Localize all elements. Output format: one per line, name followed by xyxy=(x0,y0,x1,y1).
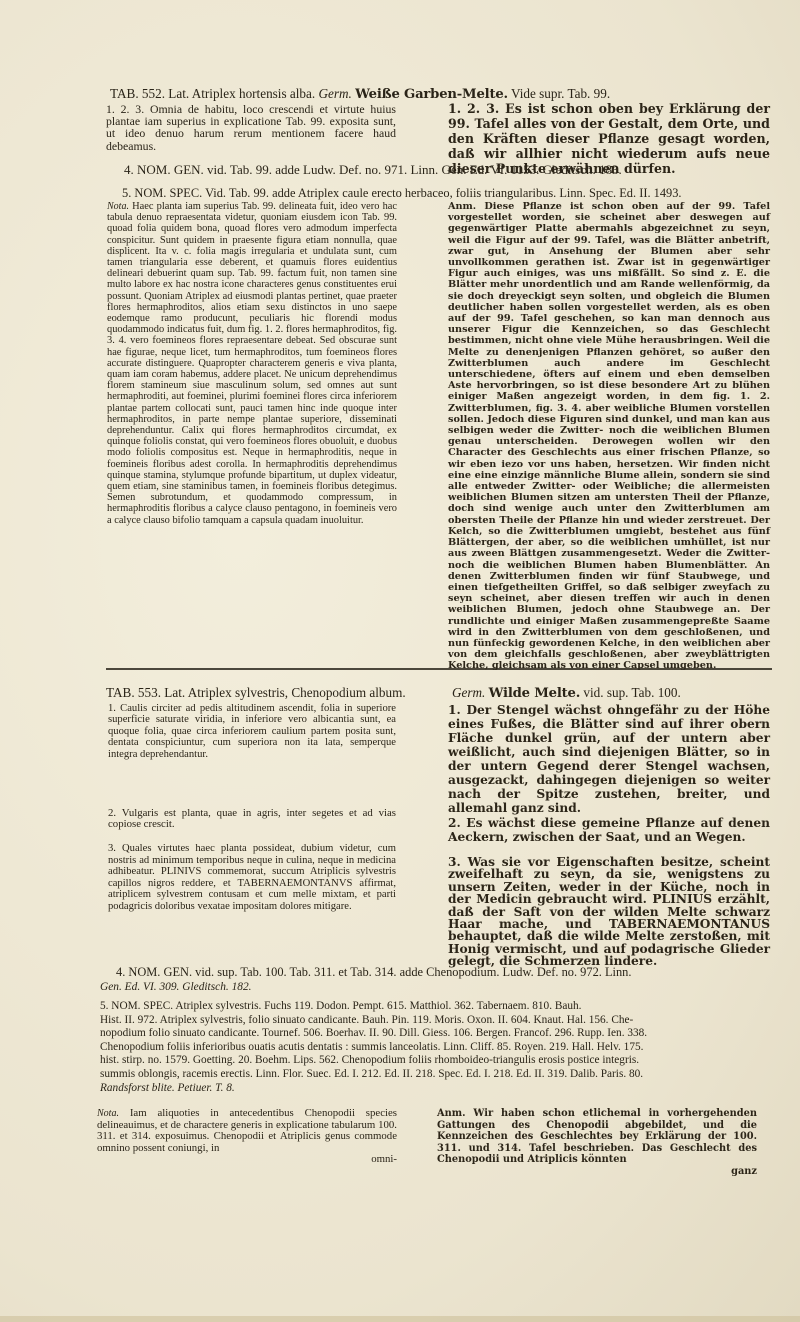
tab553-german-title: Wilde Melte. xyxy=(489,686,580,701)
anm-text: Diese Pflanze ist schon oben auf der 99.… xyxy=(448,201,770,671)
tab553-german-p2: 2. Es wächst diese gemeine Pflanze auf d… xyxy=(448,816,770,844)
tab552-ref: Vide supr. Tab. 99. xyxy=(511,86,610,101)
tab553-nota-latin: Nota. Iam aliquoties in antecedentibus C… xyxy=(97,1108,397,1166)
nom-spec-line: Chenopodium foliis inferioribus ouatis a… xyxy=(100,1041,772,1055)
tab553-ref: vid. sup. Tab. 100. xyxy=(583,685,680,700)
catchword-german: ganz xyxy=(437,1166,757,1178)
nota-label: Nota. xyxy=(107,201,129,212)
tab552-germ-label: Germ. xyxy=(318,86,351,101)
nota-label: Nota. xyxy=(97,1108,119,1119)
tab552-nom-spec: 5. NOM. SPEC. Vid. Tab. 99. adde Atriple… xyxy=(122,186,682,201)
tab553-latin-p2: 2. Vulgaris est planta, quae in agris, i… xyxy=(108,808,396,830)
nom-spec-line: summis oblongis, racemis erectis. Linn. … xyxy=(100,1068,772,1082)
book-page: TAB. 552. Lat. Atriplex hortensis alba. … xyxy=(0,0,800,1322)
anm-text: Wir haben schon etlichemal in vorhergehe… xyxy=(437,1108,757,1165)
tab553-latin-p1: 1. Caulis circiter ad pedis altitudinem … xyxy=(108,703,396,760)
tab553-header-german: Germ. Wilde Melte. vid. sup. Tab. 100. xyxy=(452,685,681,702)
nota-text: Haec planta iam superius Tab. 99. deline… xyxy=(107,201,397,526)
tab553-nom-gen-2: Gen. Ed. VI. 309. Gleditsch. 182. xyxy=(100,980,252,995)
nom-spec-line: hist. stirp. no. 1579. Goetting. 20. Boe… xyxy=(100,1054,772,1068)
tab553-nom-gen-1: 4. NOM. GEN. vid. sup. Tab. 100. Tab. 31… xyxy=(116,965,631,980)
page-bottom-edge xyxy=(0,1316,800,1322)
nota-text: Iam aliquoties in antecedentibus Chenopo… xyxy=(97,1107,397,1154)
anm-label: Anm. xyxy=(437,1108,466,1119)
nom-spec-line: Randsforst blite. Petiuer. T. 8. xyxy=(100,1082,772,1096)
tab552-nom-gen: 4. NOM. GEN. vid. Tab. 99. adde Ludw. De… xyxy=(124,162,622,177)
tab552-nota-latin: Nota. Haec planta iam superius Tab. 99. … xyxy=(107,201,397,526)
tab553-header-latin-text: TAB. 553. Lat. Atriplex sylvestris, Chen… xyxy=(106,685,406,700)
tab552-german-title: Weiße Garben-Melte. xyxy=(355,87,508,102)
tab552-anm-german: Anm. Diese Pflanze ist schon oben auf de… xyxy=(448,201,770,672)
tab552-header-latin: TAB. 552. Lat. Atriplex hortensis alba. xyxy=(110,86,315,101)
tab553-germ-label: Germ. xyxy=(452,685,485,700)
nom-spec-line: 5. NOM. SPEC. Atriplex sylvestris. Fuchs… xyxy=(100,1000,772,1014)
section-divider xyxy=(106,668,772,670)
tab552-latin-p1: 1. 2. 3. Omnia de habitu, loco crescendi… xyxy=(106,103,396,152)
tab553-german-p1: 1. Der Stengel wächst ohngefähr zu der H… xyxy=(448,703,770,815)
tab553-latin-p3: 3. Quales virtutes haec planta possideat… xyxy=(108,843,396,913)
anm-label: Anm. xyxy=(448,201,476,212)
tab553-header-latin: TAB. 553. Lat. Atriplex sylvestris, Chen… xyxy=(106,685,406,701)
nom-spec-line: Hist. II. 972. Atriplex sylvestris, foli… xyxy=(100,1014,772,1028)
tab553-anm-german: Anm. Wir haben schon etlichemal in vorhe… xyxy=(437,1108,757,1178)
nom-spec-line: nopodium folio sinuato candicante. Tourn… xyxy=(100,1027,772,1041)
catchword-latin: omni- xyxy=(97,1154,397,1166)
tab553-german-p3: 3. Was sie vor Eigenschaften besitze, sc… xyxy=(448,856,770,968)
tab553-nom-spec: 5. NOM. SPEC. Atriplex sylvestris. Fuchs… xyxy=(100,1000,772,1095)
